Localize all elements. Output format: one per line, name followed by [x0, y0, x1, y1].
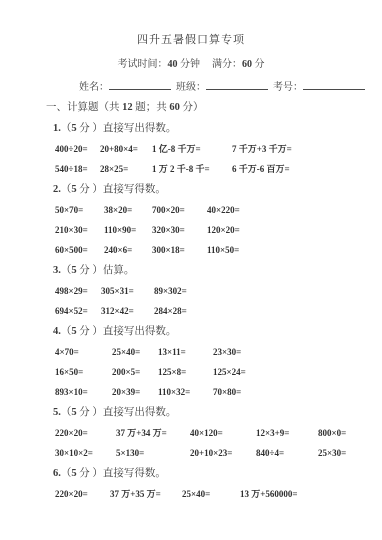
name-field-label: 姓名：: [79, 82, 109, 93]
paren-close: 分 ）: [77, 326, 103, 337]
problem-3-row-1: 498×29= 305×31= 89×302=: [0, 281, 382, 301]
math-expression: 89×302=: [154, 281, 382, 301]
math-expression: 30×10×2=: [55, 443, 116, 463]
math-expression: 20+10×23=: [190, 443, 256, 463]
section-heading-prefix: 一、计算题（共: [46, 102, 122, 113]
math-expression: 50×70=: [55, 200, 104, 220]
paren-open: （: [61, 184, 72, 195]
paren-open: （: [61, 123, 72, 134]
full-score-value: 60: [242, 59, 252, 70]
math-expression: 12×3+9=: [256, 423, 318, 443]
problem-1-row-1: 400÷20= 20+80×4= 1 亿-8 千万= 7 千万+3 千万=: [0, 139, 382, 159]
math-expression: 700×20=: [152, 200, 207, 220]
class-field-blank: [206, 78, 268, 90]
math-expression: 25×40=: [182, 484, 240, 504]
paren-close: 分 ）: [77, 265, 103, 276]
math-expression: 110×32=: [158, 382, 213, 402]
math-expression: 840÷4=: [256, 443, 318, 463]
math-expression: 37 万+34 万=: [116, 423, 190, 443]
full-score-unit: 分: [252, 59, 265, 70]
worksheet-page: 四升五暑假口算专项 考试时间：40 分钟满分：60 分 姓名：班级：考号： 一、…: [0, 0, 382, 540]
math-expression: 7 千万+3 千万=: [232, 139, 382, 159]
problem-3-row-2: 694×52= 312×42= 284×28=: [0, 301, 382, 321]
math-expression: 498×29=: [55, 281, 101, 301]
problem-number: 6.: [53, 468, 61, 479]
problem-instruction: 直接写出得数。: [103, 123, 177, 134]
math-expression: 125×8=: [158, 362, 213, 382]
math-expression: 38×20=: [104, 200, 152, 220]
math-expression: 800×0=: [318, 423, 382, 443]
exam-time-label: 考试时间：: [118, 59, 168, 70]
math-expression: 25×30=: [318, 443, 382, 463]
doc-title: 四升五暑假口算专项: [0, 30, 382, 50]
problem-4-row-1: 4×70= 25×40= 13×11= 23×30=: [0, 342, 382, 362]
problem-2-row-3: 60×500= 240×6= 300×18= 110×50=: [0, 240, 382, 260]
paren-close: 分 ）: [77, 123, 103, 134]
problem-3-header: 3.（5 分 ）估算。: [0, 261, 382, 281]
paren-close: 分 ）: [77, 407, 103, 418]
math-expression: 37 万+35 万=: [110, 484, 182, 504]
problem-4-header: 4.（5 分 ）直接写出得数。: [0, 322, 382, 342]
problem-5-row-2: 30×10×2= 5×130= 20+10×23= 840÷4= 25×30=: [0, 443, 382, 463]
exam-info-line: 考试时间：40 分钟满分：60 分: [0, 55, 382, 75]
section-heading-suffix: 分）: [180, 102, 204, 113]
math-expression: 70×80=: [213, 382, 382, 402]
math-expression: 13×11=: [158, 342, 213, 362]
math-expression: 40×220=: [207, 200, 382, 220]
id-field-blank: [303, 78, 365, 90]
math-expression: 13 万+560000=: [240, 484, 382, 504]
problem-number: 4.: [53, 326, 61, 337]
math-expression: 893×10=: [55, 382, 112, 402]
math-expression: 240×6=: [104, 240, 152, 260]
name-field-blank: [109, 78, 171, 90]
problem-2-row-2: 210×30= 110×90= 320×30= 120×20=: [0, 220, 382, 240]
problem-4-row-2: 16×50= 200×5= 125×8= 125×24=: [0, 362, 382, 382]
math-expression: 300×18=: [152, 240, 207, 260]
math-expression: 40×120=: [190, 423, 256, 443]
problem-instruction: 直接写得数。: [103, 468, 166, 479]
id-field-label: 考号：: [273, 82, 303, 93]
problem-instruction: 估算。: [103, 265, 135, 276]
math-expression: 16×50=: [55, 362, 112, 382]
math-expression: 320×30=: [152, 220, 207, 240]
math-expression: 110×90=: [104, 220, 152, 240]
math-expression: 200×5=: [112, 362, 158, 382]
math-expression: 25×40=: [112, 342, 158, 362]
math-expression: 312×42=: [101, 301, 154, 321]
paren-open: （: [61, 326, 72, 337]
paren-open: （: [61, 407, 72, 418]
math-expression: 540÷18=: [55, 159, 100, 179]
problem-6-row-1: 220×20= 37 万+35 万= 25×40= 13 万+560000=: [0, 484, 382, 504]
math-expression: 20×39=: [112, 382, 158, 402]
problem-number: 1.: [53, 123, 61, 134]
math-expression: 60×500=: [55, 240, 104, 260]
problem-1-row-2: 540÷18= 28×25= 1 万 2 千-8 千= 6 千万-6 百万=: [0, 159, 382, 179]
math-expression: 220×20=: [55, 484, 110, 504]
math-expression: 694×52=: [55, 301, 101, 321]
math-expression: 125×24=: [213, 362, 382, 382]
math-expression: 4×70=: [55, 342, 112, 362]
section-heading-total: 60: [169, 102, 180, 113]
class-field-label: 班级：: [176, 82, 206, 93]
problem-6-header: 6.（5 分 ）直接写得数。: [0, 464, 382, 484]
math-expression: 120×20=: [207, 220, 382, 240]
problem-4-row-3: 893×10= 20×39= 110×32= 70×80=: [0, 382, 382, 402]
section-heading-count: 12: [122, 102, 133, 113]
problem-number: 3.: [53, 265, 61, 276]
math-expression: 28×25=: [100, 159, 152, 179]
section-heading: 一、计算题（共 12 题；共 60 分）: [0, 98, 382, 118]
problem-number: 5.: [53, 407, 61, 418]
math-expression: 20+80×4=: [100, 139, 152, 159]
math-expression: 23×30=: [213, 342, 382, 362]
math-expression: 220×20=: [55, 423, 116, 443]
full-score-label: 满分：: [212, 59, 242, 70]
paren-close: 分 ）: [77, 468, 103, 479]
math-expression: 6 千万-6 百万=: [232, 159, 382, 179]
math-expression: 1 亿-8 千万=: [152, 139, 232, 159]
problem-1-header: 1.（5 分 ）直接写出得数。: [0, 119, 382, 139]
paren-open: （: [61, 468, 72, 479]
math-expression: 284×28=: [154, 301, 382, 321]
paren-close: 分 ）: [77, 184, 103, 195]
problem-2-row-1: 50×70= 38×20= 700×20= 40×220=: [0, 200, 382, 220]
problem-instruction: 直接写出得数。: [103, 407, 177, 418]
section-heading-mid: 题；共: [133, 102, 170, 113]
math-expression: 400÷20=: [55, 139, 100, 159]
math-expression: 5×130=: [116, 443, 190, 463]
paren-open: （: [61, 265, 72, 276]
problem-instruction: 直接写得数。: [103, 184, 166, 195]
problem-5-header: 5.（5 分 ）直接写出得数。: [0, 403, 382, 423]
math-expression: 210×30=: [55, 220, 104, 240]
math-expression: 1 万 2 千-8 千=: [152, 159, 232, 179]
exam-time-unit: 分钟: [178, 59, 201, 70]
student-fields-line: 姓名：班级：考号：: [0, 78, 382, 98]
problem-instruction: 直接写出得数。: [103, 326, 177, 337]
problem-5-row-1: 220×20= 37 万+34 万= 40×120= 12×3+9= 800×0…: [0, 423, 382, 443]
math-expression: 110×50=: [207, 240, 382, 260]
problem-2-header: 2.（5 分 ）直接写得数。: [0, 180, 382, 200]
problem-number: 2.: [53, 184, 61, 195]
math-expression: 305×31=: [101, 281, 154, 301]
exam-time-value: 40: [168, 59, 178, 70]
